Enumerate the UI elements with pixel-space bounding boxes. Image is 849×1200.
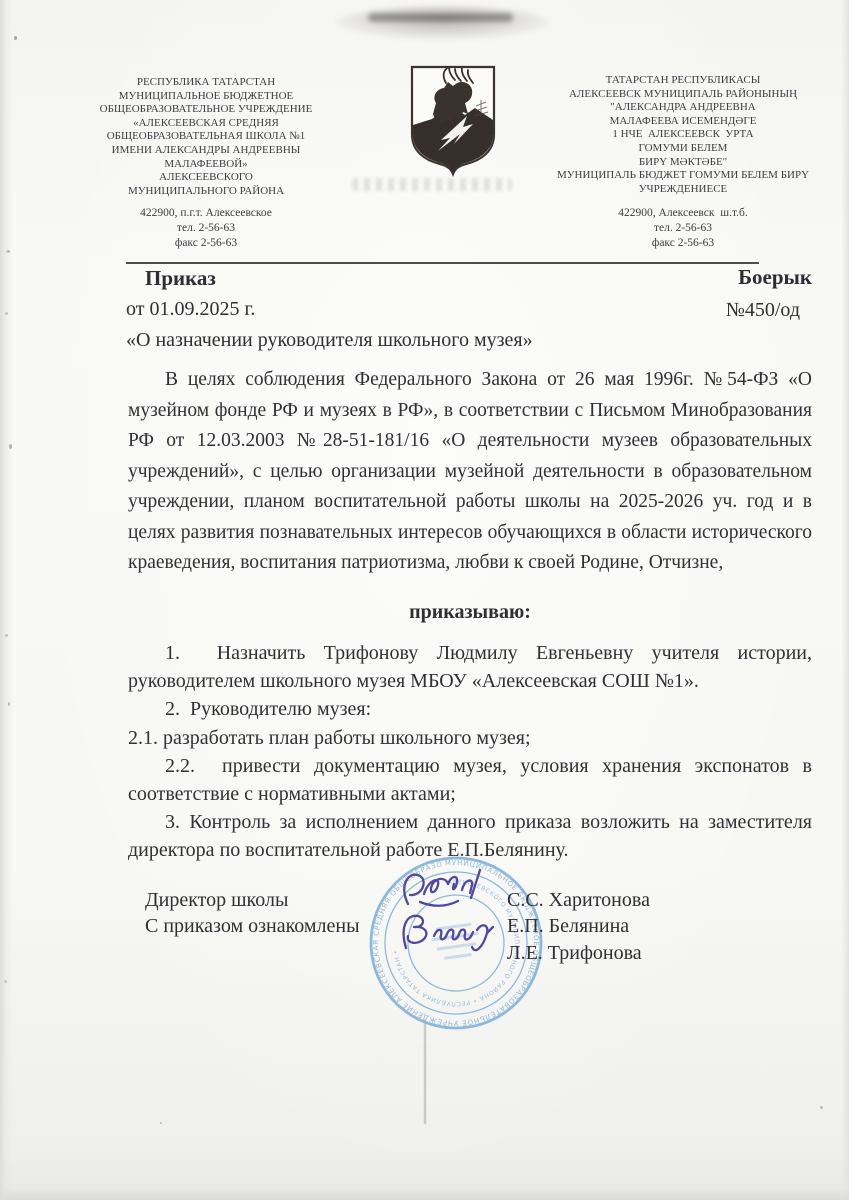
letterhead-tatar-org-name: ТАТАРСТАН РЕСПУБЛИКАСЫ АЛЕКСЕЕВСК МУНИЦИ… xyxy=(534,74,832,196)
order-title-tatar: Боерык xyxy=(738,265,812,290)
order-number: №450/од xyxy=(726,299,800,322)
signature-name: С.С. Харитонова xyxy=(507,889,650,912)
scan-speck xyxy=(160,1122,162,1124)
signature-label: С приказом ознакомлены xyxy=(145,915,360,938)
scan-smudge-under-emblem xyxy=(352,178,512,191)
order-directive: приказываю: xyxy=(128,601,812,624)
scan-edge-right xyxy=(841,0,849,1200)
scan-edge-left xyxy=(0,0,13,1200)
order-subject: «О назначении руководителя школьного муз… xyxy=(126,329,533,352)
scan-speck xyxy=(14,36,17,40)
letterhead-right-contact: 422900, Алексеевск ш.т.б. тел. 2-56-63 ф… xyxy=(534,206,832,251)
order-item-2-1: 2.1. разработать план работы школьного м… xyxy=(128,724,812,752)
letterhead-russian-org-name: РЕСПУБЛИКА ТАТАРСТАН МУНИЦИПАЛЬНОЕ БЮДЖЕ… xyxy=(72,76,340,198)
scan-edge-bottom xyxy=(0,1188,849,1200)
order-preamble: В целях соблюдения Федерального Закона о… xyxy=(128,365,812,579)
order-title-russian: Приказ xyxy=(145,266,216,291)
letterhead-left-contact: 422900, п.г.т. Алексеевское тел. 2-56-63… xyxy=(72,206,340,251)
order-date: от 01.09.2025 г. xyxy=(126,298,255,321)
scan-speck xyxy=(820,1106,823,1109)
scan-smudge-top xyxy=(335,6,550,40)
order-item-2-2: 2.2. привести документацию музея, услови… xyxy=(128,752,812,808)
order-items: 1. Назначить Трифонову Людмилу Евгеньевн… xyxy=(128,639,812,865)
order-item-1: 1. Назначить Трифонову Людмилу Евгеньевн… xyxy=(128,639,812,695)
coat-of-arms-icon xyxy=(405,64,501,178)
handwritten-signatures xyxy=(386,866,526,960)
scanned-order-document: РЕСПУБЛИКА ТАТАРСТАН МУНИЦИПАЛЬНОЕ БЮДЖЕ… xyxy=(0,0,849,1200)
signature-kharitonova xyxy=(404,870,480,906)
order-item-2: 2. Руководителю музея: xyxy=(128,695,812,723)
signature-label: Директор школы xyxy=(145,889,288,912)
scan-smudge-top-core xyxy=(368,13,513,22)
signature-name: Л.Е. Трифонова xyxy=(507,942,642,965)
signature-belyanina xyxy=(404,916,493,950)
header-divider-line xyxy=(126,262,759,264)
signature-name: Е.П. Белянина xyxy=(507,915,629,938)
